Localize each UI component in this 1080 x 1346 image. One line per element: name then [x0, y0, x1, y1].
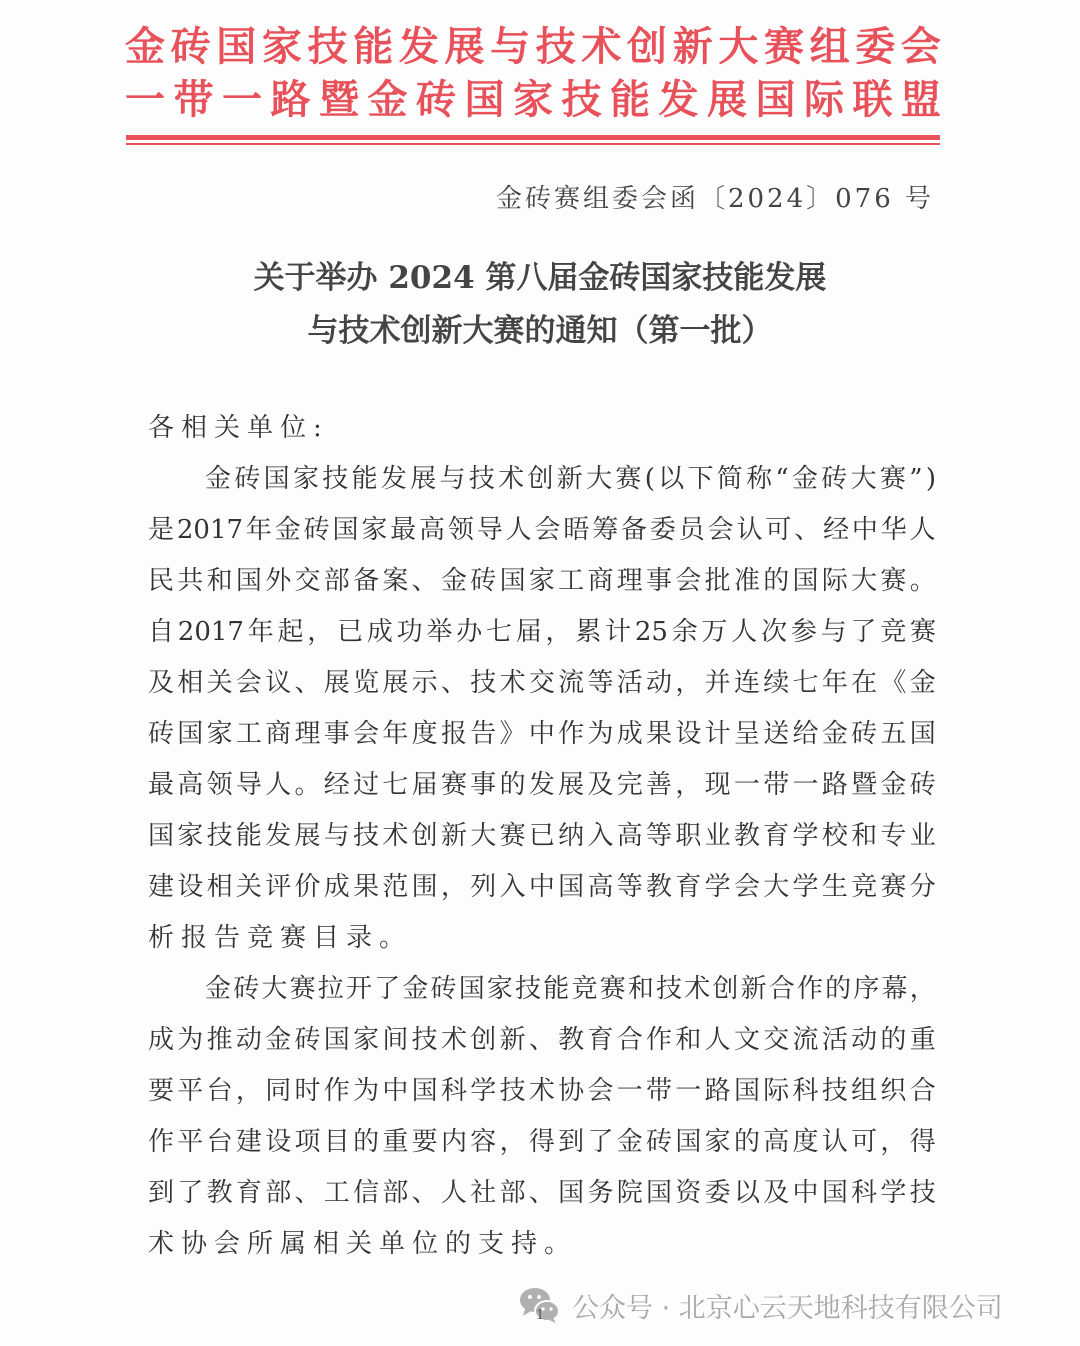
body-line: 作平台建设项目的重要内容，得到了金砖国家的高度认可，得: [148, 1125, 936, 1159]
letterhead-rule-thick: [126, 135, 940, 140]
document-number: 金砖赛组委会函〔2024〕076 号: [496, 178, 934, 215]
letterhead-line-2: 一带一路暨金砖国家技能发展国际联盟: [125, 75, 941, 125]
body-line: 析报告竞赛目录。: [148, 921, 936, 955]
body-line: 自2017年起，已成功举办七届，累计25余万人次参与了竞赛: [148, 615, 936, 649]
body-line: 砖国家工商理事会年度报告》中作为成果设计呈送给金砖五国: [148, 717, 936, 751]
body-line: 国家技能发展与技术创新大赛已纳入高等职业教育学校和专业: [148, 819, 936, 853]
body-line: 金砖国家技能发展与技术创新大赛(以下简称“金砖大赛”): [205, 462, 936, 496]
letterhead-rule-thin: [126, 143, 940, 145]
body-line: 及相关会议、展览展示、技术交流等活动，并连续七年在《金: [148, 666, 936, 700]
body-line: 到了教育部、工信部、人社部、国务院国资委以及中国科学技: [148, 1176, 936, 1210]
document-title-line-2: 与技术创新大赛的通知（第一批）: [0, 305, 1080, 350]
body-line: 要平台，同时作为中国科学技术协会一带一路国际科技组织合: [148, 1074, 936, 1108]
body-line: 是2017年金砖国家最高领导人会晤筹备委员会认可、经中华人: [148, 513, 936, 547]
watermark-text: 公众号 · 北京心云天地科技有限公司: [572, 1286, 1003, 1325]
page-number: 1: [536, 1308, 544, 1323]
body-line: 民共和国外交部备案、金砖国家工商理事会批准的国际大赛。: [148, 564, 936, 598]
body-line: 术协会所属相关单位的支持。: [148, 1227, 936, 1261]
body-line: 建设相关评价成果范围，列入中国高等教育学会大学生竞赛分: [148, 870, 936, 904]
body-line: 最高领导人。经过七届赛事的发展及完善，现一带一路暨金砖: [148, 768, 936, 802]
salutation: 各相关单位:: [148, 411, 936, 445]
body-line: 金砖大赛拉开了金砖国家技能竞赛和技术创新合作的序幕，: [205, 972, 936, 1006]
watermark-footer: 公众号 · 北京心云天地科技有限公司: [518, 1285, 1003, 1325]
letterhead-line-1: 金砖国家技能发展与技术创新大赛组委会: [125, 22, 941, 72]
body-line: 成为推动金砖国家间技术创新、教育合作和人文交流活动的重: [148, 1023, 936, 1057]
document-title-line-1: 关于举办 2024 第八届金砖国家技能发展: [0, 252, 1080, 297]
